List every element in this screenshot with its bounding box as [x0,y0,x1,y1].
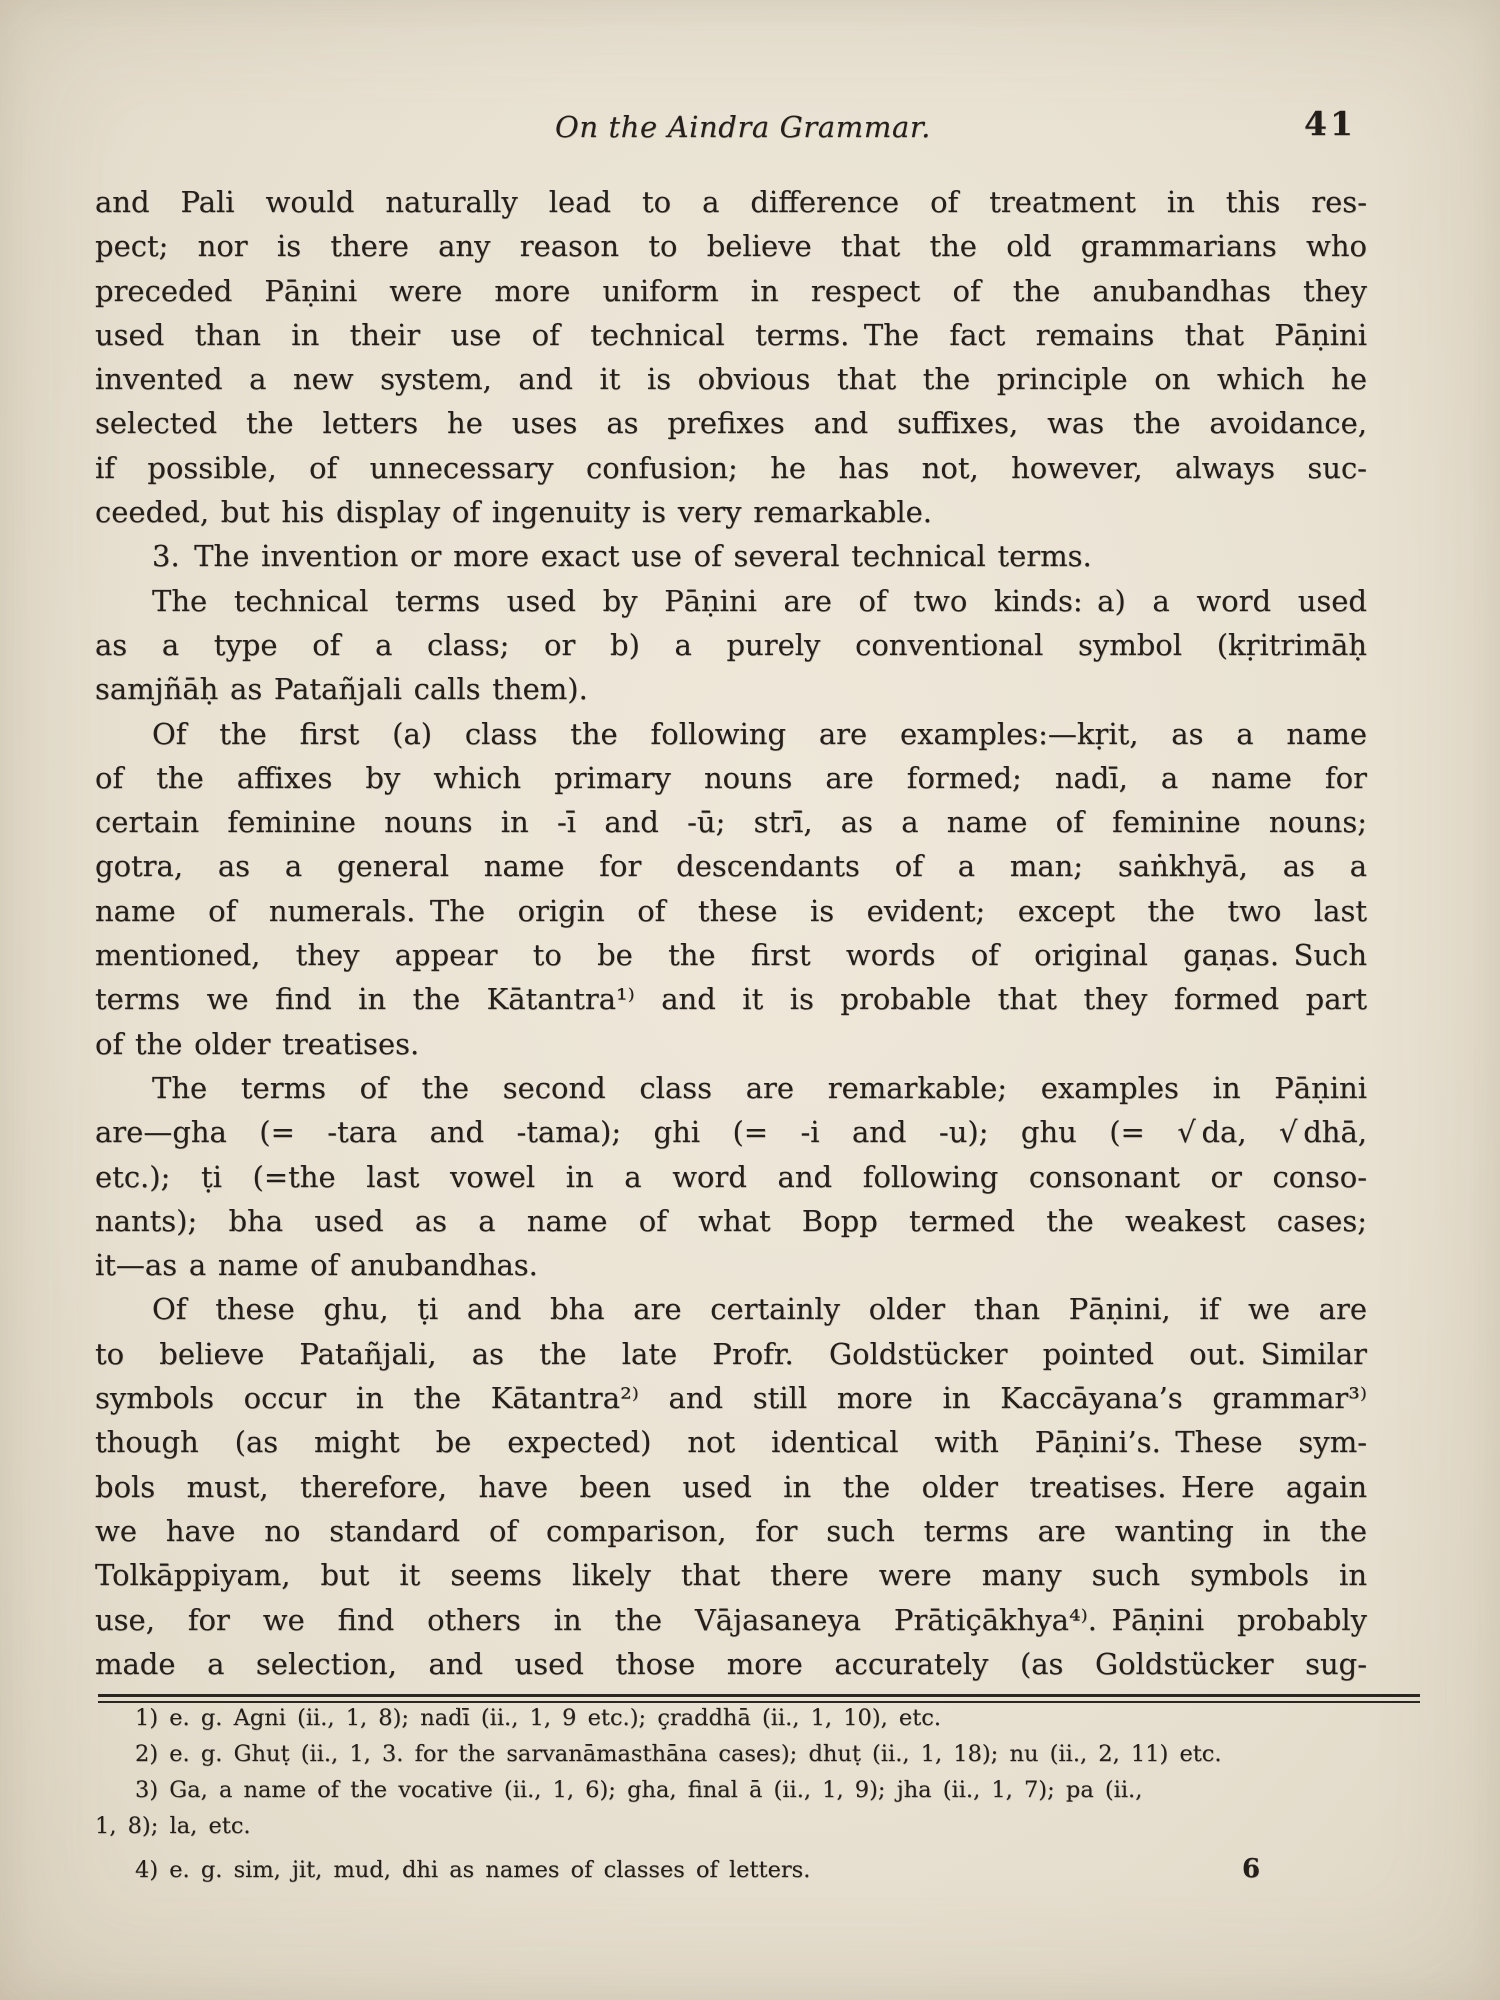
text-line: mentioned, they appear to be the first w… [95,933,1367,977]
text-line: The terms of the second class are remark… [95,1066,1367,1110]
text-line: 1) e. g. Agni (ii., 1, 8); nadī (ii., 1,… [95,1700,1427,1736]
text-line: Of the first (a) class the following are… [95,712,1367,756]
text-line: bols must, therefore, have been used in … [95,1465,1367,1509]
text-line: 1, 8); la, etc. [95,1808,1427,1844]
text-line: samjñāḥ as Patañjali calls them). [95,667,1367,711]
text-line: Tolkāppiyam, but it seems likely that th… [95,1553,1367,1597]
text-line: pect; nor is there any reason to believe… [95,224,1367,268]
body-text: and Pali would naturally lead to a diffe… [95,180,1367,1686]
text-line: terms we find in the Kātantra¹⁾ and it i… [95,977,1367,1021]
text-line: it—as a name of anubandhas. [95,1243,1367,1287]
page-number: 41 [1304,104,1356,143]
text-line: we have no standard of comparison, for s… [95,1509,1367,1553]
text-line: etc.); ṭi (=the last vowel in a word and… [95,1155,1367,1199]
text-line: gotra, as a general name for descendants… [95,844,1367,888]
signature-mark: 6 [1242,1854,1260,1884]
text-line: The technical terms used by Pāṇini are o… [95,579,1367,623]
text-line: 4) e. g. sim, jit, mud, dhi as names of … [95,1852,1427,1888]
text-line: of the older treatises. [95,1022,1367,1066]
text-line: certain feminine nouns in -ī and -ū; str… [95,800,1367,844]
text-line: to believe Patañjali, as the late Profr.… [95,1332,1367,1376]
text-line: used than in their use of technical term… [95,313,1367,357]
text-line: 2) e. g. Ghuṭ (ii., 1, 3. for the sarvan… [95,1736,1427,1772]
text-line: made a selection, and used those more ac… [95,1642,1367,1686]
text-line: if possible, of unnecessary confusion; h… [95,446,1367,490]
text-line: Of these ghu, ṭi and bha are certainly o… [95,1287,1367,1331]
text-line: of the affixes by which primary nouns ar… [95,756,1367,800]
text-line: and Pali would naturally lead to a diffe… [95,180,1367,224]
text-line: 3) Ga, a name of the vocative (ii., 1, 6… [95,1772,1427,1808]
running-title: On the Aindra Grammar. [95,110,1367,144]
text-line: nants); bha used as a name of what Bopp … [95,1199,1367,1243]
text-line: are—gha (= -tara and -tama); ghi (= -i a… [95,1110,1367,1154]
book-page: On the Aindra Grammar. 41 and Pali would… [0,0,1500,2000]
text-line: name of numerals. The origin of these is… [95,889,1367,933]
text-line: preceded Pāṇini were more uniform in res… [95,269,1367,313]
text-line: 3. The invention or more exact use of se… [95,534,1367,578]
footnotes: 1) e. g. Agni (ii., 1, 8); nadī (ii., 1,… [95,1700,1427,1888]
text-line: symbols occur in the Kātantra²⁾ and stil… [95,1376,1367,1420]
text-line: as a type of a class; or b) a purely con… [95,623,1367,667]
text-line: though (as might be expected) not identi… [95,1420,1367,1464]
text-line: selected the letters he uses as prefixes… [95,401,1367,445]
text-line: invented a new system, and it is obvious… [95,357,1367,401]
text-line: ceeded, but his display of ingenuity is … [95,490,1367,534]
text-line: use, for we find others in the Vājasaney… [95,1598,1367,1642]
